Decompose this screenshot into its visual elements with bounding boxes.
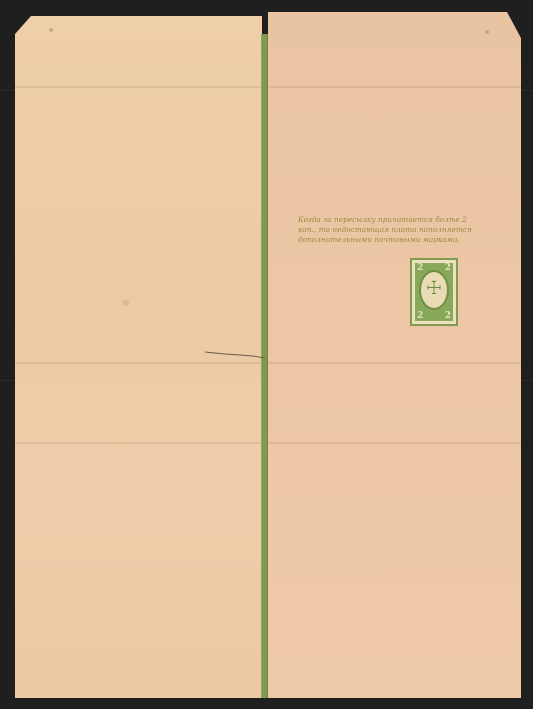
wrapper-right-panel — [268, 12, 521, 698]
fold-line — [15, 86, 521, 88]
paper-spot — [49, 28, 53, 32]
fold-line — [15, 362, 521, 364]
paper-spot — [485, 30, 489, 34]
paper-tear — [205, 350, 265, 360]
double-headed-eagle-icon: ☩ — [423, 277, 445, 301]
stamp-denomination: 2 — [417, 263, 423, 273]
stamp-denomination: 2 — [417, 311, 423, 321]
stamp-denomination: 2 — [445, 311, 451, 321]
postal-notice-text: Когда за пересылку причитается болѣе 2 к… — [298, 215, 478, 245]
postal-wrapper — [15, 10, 521, 698]
printed-stamp: ☩ 2 2 2 2 — [410, 258, 458, 326]
paper-spot — [123, 300, 129, 306]
fold-line — [15, 442, 521, 444]
stamp-denomination: 2 — [445, 263, 451, 273]
green-divider-line — [261, 34, 268, 698]
